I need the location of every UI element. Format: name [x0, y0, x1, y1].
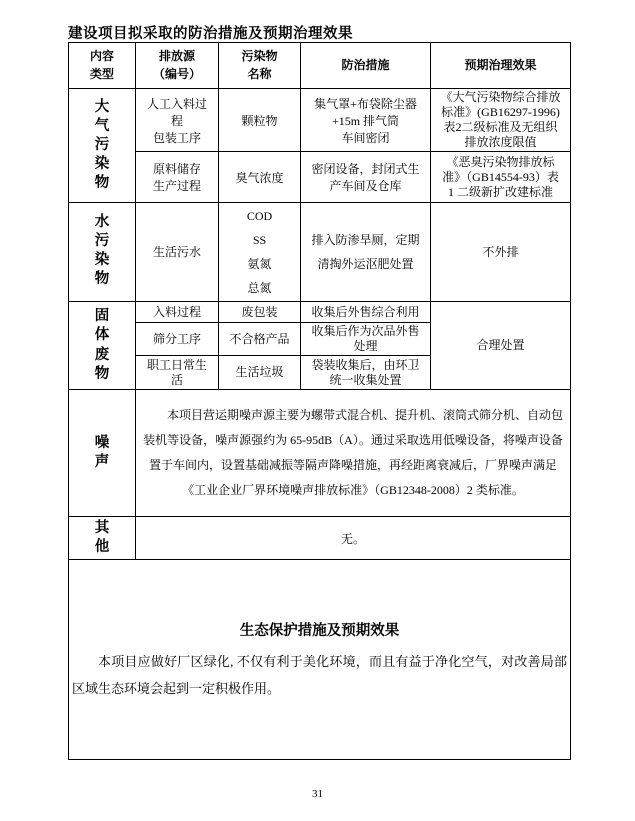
- noise-text-cell: 本项目营运期噪声源主要为螺带式混合机、提升机、滚筒式筛分机、自动包装机等设备，噪…: [136, 390, 571, 517]
- document-page: 建设项目拟采取的防治措施及预期治理效果 内容 类型 排放源 （编号） 污染物 名…: [0, 0, 635, 821]
- solid3-measure-cell: 袋装收集后，由环卫 统一收集处置: [301, 356, 431, 390]
- header-expected-effect: 预期治理效果: [431, 43, 571, 89]
- air1-measure-cell: 集气罩+布袋除尘器 +15m 排气筒 车间密闭: [301, 89, 431, 152]
- header-emission-source: 排放源 （编号）: [136, 43, 219, 89]
- solid1-pollutant-cell: 废包装: [219, 302, 301, 323]
- other-label-text: 其他: [94, 519, 109, 557]
- noise-paragraph: 本项目营运期噪声源主要为螺带式混合机、提升机、滚筒式筛分机、自动包装机等设备，噪…: [139, 403, 567, 503]
- eco-section-heading: 生态保护措施及预期效果: [72, 619, 567, 640]
- water-effect-cell: 不外排: [431, 203, 571, 302]
- row-label-other: 其他: [69, 517, 136, 560]
- solid2-measure-cell: 收集后作为次品外售 处理: [301, 323, 431, 356]
- water-pollutant-cell: COD SS 氨氮 总氮: [219, 203, 301, 302]
- noise-row: 噪声 本项目营运期噪声源主要为螺带式混合机、提升机、滚筒式筛分机、自动包装机等设…: [69, 390, 571, 517]
- table-header-row: 内容 类型 排放源 （编号） 污染物 名称 防治措施 预期治理效果: [69, 43, 571, 89]
- water-label-text: 水污染物: [94, 213, 109, 290]
- eco-row: 生态保护措施及预期效果 本项目应做好厂区绿化, 不仅有利于美化环境，而且有益于净…: [69, 560, 571, 760]
- solid2-pollutant-cell: 不合格产品: [219, 323, 301, 356]
- header-control-measures: 防治措施: [301, 43, 431, 89]
- eco-section-paragraph: 本项目应做好厂区绿化, 不仅有利于美化环境，而且有益于净化空气，对改善局部区域生…: [72, 648, 567, 702]
- air2-measure-cell: 密闭设备，封闭式生 产车间及仓库: [301, 152, 431, 203]
- air1-effect-cell: 《大气污染物综合排放 标准》(GB16297-1996) 表2二级标准及无组织 …: [431, 89, 571, 152]
- other-row: 其他 无。: [69, 517, 571, 560]
- air1-source-cell: 人工入料过 程 包装工序: [136, 89, 219, 152]
- solid1-source-cell: 入料过程: [136, 302, 219, 323]
- air-label-text: 大气污染物: [94, 98, 109, 194]
- page-number: 31: [0, 788, 635, 800]
- air-row-2: 原料储存 生产过程 臭气浓度 密闭设备，封闭式生 产车间及仓库 《恶臭污染物排放…: [69, 152, 571, 203]
- air-row-1: 大气污染物 人工入料过 程 包装工序 颗粒物 集气罩+布袋除尘器 +15m 排气…: [69, 89, 571, 152]
- noise-label-text: 噪声: [94, 434, 109, 472]
- water-source-cell: 生活污水: [136, 203, 219, 302]
- solid-row-1: 固体废物 入料过程 废包装 收集后外售综合利用 合理处置: [69, 302, 571, 323]
- row-label-water-pollutants: 水污染物: [69, 203, 136, 302]
- air2-effect-cell: 《恶臭污染物排放标 准》（GB14554-93）表 1 二级新扩改建标准: [431, 152, 571, 203]
- eco-section-cell: 生态保护措施及预期效果 本项目应做好厂区绿化, 不仅有利于美化环境，而且有益于净…: [69, 560, 571, 760]
- water-measure-cell: 排入防渗旱厕，定期 清掏外运沤肥处置: [301, 203, 431, 302]
- solid3-pollutant-cell: 生活垃圾: [219, 356, 301, 390]
- row-label-noise: 噪声: [69, 390, 136, 517]
- row-label-air-pollutants: 大气污染物: [69, 89, 136, 203]
- other-text-cell: 无。: [136, 517, 571, 560]
- air2-source-cell: 原料储存 生产过程: [136, 152, 219, 203]
- solid1-measure-cell: 收集后外售综合利用: [301, 302, 431, 323]
- header-content-type: 内容 类型: [69, 43, 136, 89]
- solid-effect-cell: 合理处置: [431, 302, 571, 390]
- measures-table: 内容 类型 排放源 （编号） 污染物 名称 防治措施 预期治理效果 大气污染物 …: [68, 42, 571, 760]
- water-row: 水污染物 生活污水 COD SS 氨氮 总氮 排入防渗旱厕，定期 清掏外运沤肥处…: [69, 203, 571, 302]
- solid-label-text: 固体废物: [94, 307, 109, 384]
- air1-pollutant-cell: 颗粒物: [219, 89, 301, 152]
- solid3-source-cell: 职工日常生 活: [136, 356, 219, 390]
- header-pollutant-name: 污染物 名称: [219, 43, 301, 89]
- page-title: 建设项目拟采取的防治措施及预期治理效果: [68, 22, 353, 43]
- solid2-source-cell: 筛分工序: [136, 323, 219, 356]
- row-label-solid-waste: 固体废物: [69, 302, 136, 390]
- air2-pollutant-cell: 臭气浓度: [219, 152, 301, 203]
